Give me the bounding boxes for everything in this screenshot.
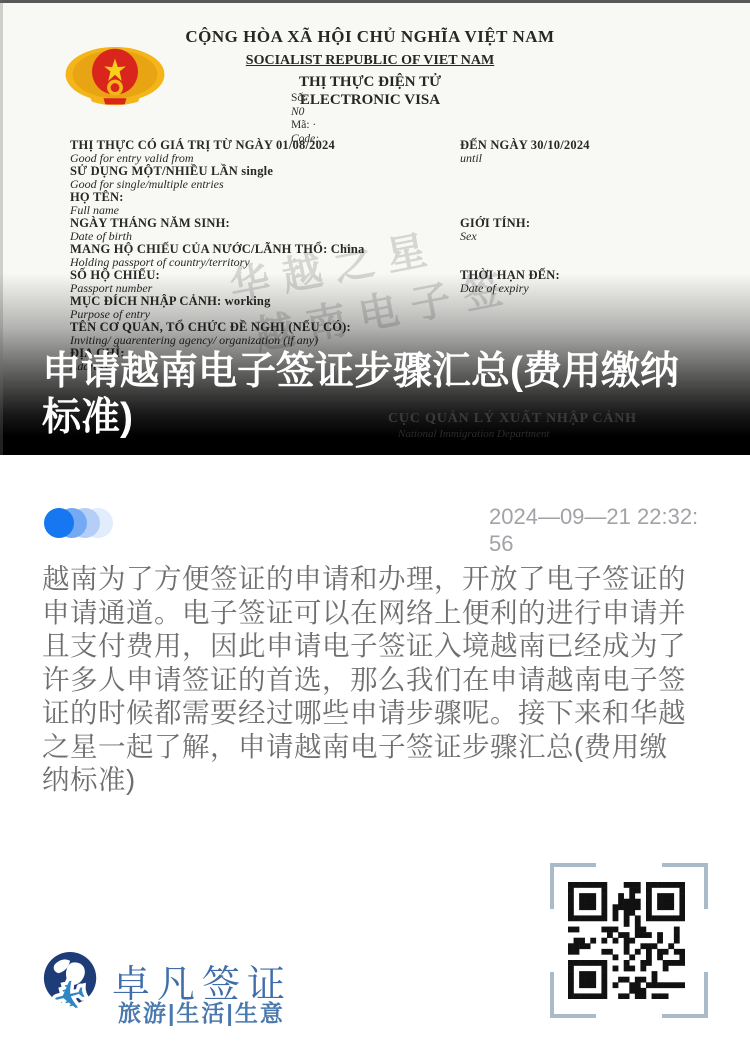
dot-icon [44,508,74,538]
article-title-overlay: 申请越南电子签证步骤汇总(费用缴纳标准) [42,349,702,441]
visa-document-image: CỘNG HÒA XÃ HỘI CHỦ NGHĨA VIỆT NAM SOCIA… [0,0,750,455]
article-paragraph: 越南为了方便签证的申请和办理，开放了电子签证的申请通道。电子签证可以在网络上便利… [42,562,692,797]
qr-code-pattern [568,882,685,999]
qr-code [550,863,708,1018]
brand-slogan: 旅游|生活|生意 [118,995,285,1028]
publish-timestamp: 2024—09—21 22:32:56 [489,503,707,557]
globe-logo-icon: ✈ ✈ [41,951,103,1025]
